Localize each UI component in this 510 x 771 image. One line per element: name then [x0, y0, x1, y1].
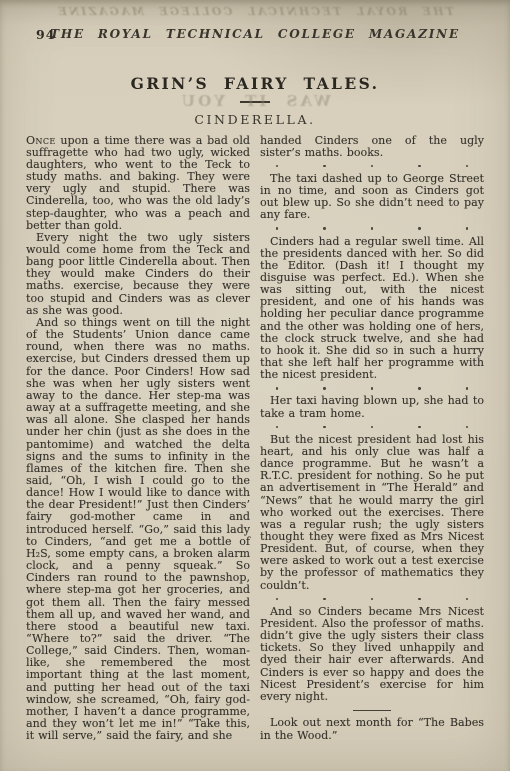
- paragraph: Once upon a time there was a bad old suf…: [26, 135, 250, 232]
- paragraph: And so Cinders became Mrs Nicest Preside…: [260, 606, 484, 703]
- right-column: handed Cinders one of the ugly sister’s …: [260, 135, 484, 743]
- separator-dot: [371, 387, 373, 389]
- section-separator-dots: [276, 227, 469, 231]
- separator-dot: [276, 227, 278, 229]
- separator-dot: [466, 387, 468, 389]
- separator-dot: [466, 165, 468, 167]
- separator-dot: [323, 387, 325, 389]
- separator-dot: [323, 165, 325, 167]
- separator-dot: [418, 165, 420, 167]
- separator-dot: [323, 426, 325, 428]
- article-title: GRIN’S FAIRY TALES.: [26, 74, 484, 93]
- title-rule: [240, 101, 270, 103]
- left-column: Once upon a time there was a bad old suf…: [26, 135, 250, 743]
- separator-dot: [466, 598, 468, 600]
- separator-dot: [276, 387, 278, 389]
- separator-dot: [371, 598, 373, 600]
- paragraph: But the nicest president had lost his he…: [260, 434, 484, 592]
- separator-dot: [418, 227, 420, 229]
- section-separator-dots: [276, 386, 469, 390]
- paragraph: Her taxi having blown up, she had to tak…: [260, 395, 484, 419]
- separator-dot: [418, 387, 420, 389]
- section-separator-dots: [276, 597, 469, 601]
- page-number: 94: [36, 27, 55, 42]
- magazine-title: THE ROYAL TECHNICAL COLLEGE MAGAZINE: [26, 27, 484, 41]
- paragraph: handed Cinders one of the ugly sister’s …: [260, 135, 484, 159]
- paragraph: Look out next month for “The Babes in th…: [260, 717, 484, 741]
- article-subtitle: CINDERELLA.: [26, 112, 484, 127]
- separator-dot: [371, 426, 373, 428]
- separator-dot: [276, 426, 278, 428]
- separator-dot: [323, 598, 325, 600]
- separator-dot: [276, 598, 278, 600]
- magazine-page: THE ROYAL TECHNICAL COLLEGE MAGAZINE 94 …: [0, 0, 510, 771]
- paragraph: The taxi dashed up to George Street in n…: [260, 173, 484, 222]
- paragraph: And so things went on till the night of …: [26, 317, 250, 742]
- separator-dot: [371, 227, 373, 229]
- section-separator-dots: [276, 425, 469, 429]
- section-rule: [353, 710, 391, 711]
- separator-dot: [466, 227, 468, 229]
- paragraph: Cinders had a regular swell time. All th…: [260, 236, 484, 382]
- section-separator-dots: [276, 164, 469, 168]
- lead-word: Once: [26, 134, 56, 147]
- paragraph: Every night the two ugly sisters would c…: [26, 232, 250, 317]
- page-header: 94 THE ROYAL TECHNICAL COLLEGE MAGAZINE: [26, 0, 484, 43]
- separator-dot: [466, 426, 468, 428]
- separator-dot: [276, 165, 278, 167]
- article-body: Once upon a time there was a bad old suf…: [26, 135, 484, 743]
- separator-dot: [323, 227, 325, 229]
- separator-dot: [371, 165, 373, 167]
- separator-dot: [418, 598, 420, 600]
- separator-dot: [418, 426, 420, 428]
